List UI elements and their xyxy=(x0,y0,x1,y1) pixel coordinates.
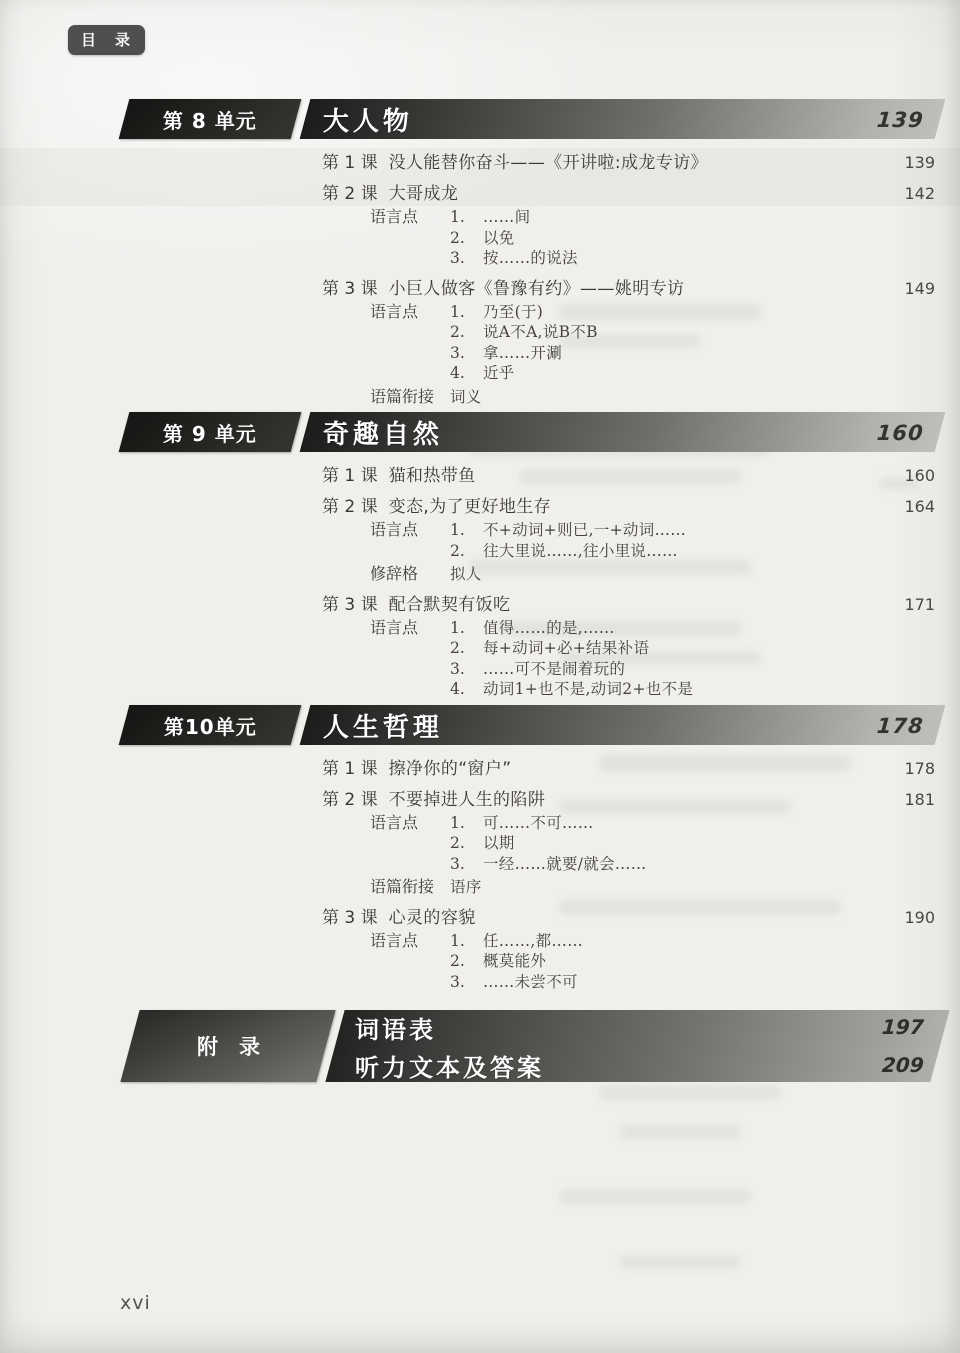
lesson-title: 不要掉进人生的陷阱 xyxy=(389,790,895,811)
unit-9-band: 奇趣自然 160 xyxy=(300,412,946,452)
grammar-points-block: 语言点 1. 不+动词+则已,一+动词…… 2. 往大里说……,往小里说…… 修… xyxy=(322,520,935,585)
unit-9-band-content: 奇趣自然 160 xyxy=(305,414,940,451)
grammar-item-row: 2. 往大里说……,往小里说…… xyxy=(322,541,935,562)
grammar-item-number: 1. xyxy=(450,813,483,834)
lesson-title: 变态,为了更好地生存 xyxy=(389,497,895,518)
grammar-section-label: 语言点 xyxy=(370,302,450,323)
grammar-item-text: 不+动词+则已,一+动词…… xyxy=(483,520,686,541)
unit-9-title: 奇趣自然 xyxy=(323,414,877,451)
unit-9-page-number: 160 xyxy=(876,420,925,444)
unit-10-tag: 第10单元 xyxy=(119,705,302,745)
lesson-page-number: 142 xyxy=(904,183,935,204)
grammar-item-row: 2. 以免 xyxy=(322,228,935,249)
cohesion-value: 语序 xyxy=(450,877,482,898)
grammar-item-text: ……未尝不可 xyxy=(483,972,578,993)
lesson-page-number: 178 xyxy=(904,758,935,779)
grammar-item-row: 语言点 1. ……间 xyxy=(322,207,935,228)
lesson-row: 第 3 课 配合默契有饭吃 171 xyxy=(322,594,935,616)
unit-10-section: 第10单元 人生哲理 178 第 1 课 擦净你的“窗户” 178 第 2 课 … xyxy=(0,705,960,993)
grammar-item-number: 3. xyxy=(450,248,483,269)
grammar-item-row: 3. 拿……开涮 xyxy=(322,343,935,364)
grammar-item-row: 3. 按……的说法 xyxy=(322,248,935,269)
rhetoric-row: 修辞格 拟人 xyxy=(322,564,935,585)
unit-9-section: 第 9 单元 奇趣自然 160 第 1 课 猫和热带鱼 160 第 2 课 变态… xyxy=(0,412,960,700)
lesson-number-label: 第 2 课 xyxy=(322,184,378,205)
grammar-item-number: 4. xyxy=(450,363,483,384)
grammar-item-text: 以免 xyxy=(483,228,515,249)
unit-8-body: 第 1 课 没人能替你奋斗——《开讲啦:成龙专访》 139 第 2 课 大哥成龙… xyxy=(322,152,935,407)
lesson-title: 配合默契有饭吃 xyxy=(389,595,895,616)
appendix-band: 词语表 197 听力文本及答案 209 xyxy=(325,1010,949,1082)
lesson-row: 第 1 课 没人能替你奋斗——《开讲啦:成龙专访》 139 xyxy=(322,152,935,174)
lesson-row: 第 2 课 大哥成龙 142 xyxy=(322,183,935,205)
toc-title-badge: 目 录 xyxy=(68,25,145,55)
unit-10-band-content: 人生哲理 178 xyxy=(305,706,940,743)
grammar-item-text: 说A不A,说B不B xyxy=(483,322,598,343)
grammar-item-row: 4. 近乎 xyxy=(322,363,935,384)
lesson-page-number: 149 xyxy=(904,278,935,299)
grammar-item-number: 4. xyxy=(450,679,483,700)
grammar-item-row: 2. 以期 xyxy=(322,833,935,854)
grammar-item-row: 语言点 1. 不+动词+则已,一+动词…… xyxy=(322,520,935,541)
lesson-title: 擦净你的“窗户” xyxy=(389,759,895,780)
unit-8-band-content: 大人物 139 xyxy=(305,101,940,138)
cohesion-row: 语篇衔接 词义 xyxy=(322,387,935,408)
appendix-entry-row: 听力文本及答案 209 xyxy=(355,1048,924,1083)
toc-page: 目 录 第 8 单元 大人物 139 第 1 课 没人能替你奋斗——《开讲啦:成… xyxy=(0,0,960,1353)
unit-8-label: 第 8 单元 xyxy=(163,105,257,134)
lesson-page-number: 160 xyxy=(904,465,935,486)
grammar-points-block: 语言点 1. ……间 2. 以免 3. 按……的说法 xyxy=(322,207,935,269)
grammar-item-text: 值得……的是,…… xyxy=(483,618,615,639)
grammar-item-row: 语言点 1. 可……不可…… xyxy=(322,813,935,834)
page-folio: xvi xyxy=(120,1292,151,1314)
lesson-number-label: 第 1 课 xyxy=(322,153,378,174)
unit-10-band: 人生哲理 178 xyxy=(300,705,946,745)
unit-10-banner: 第10单元 人生哲理 178 xyxy=(124,705,940,745)
lesson-row: 第 1 课 擦净你的“窗户” 178 xyxy=(322,758,935,780)
lesson-title: 小巨人做客《鲁豫有约》——姚明专访 xyxy=(389,279,895,300)
grammar-item-text: ……可不是闹着玩的 xyxy=(483,659,625,680)
grammar-item-row: 3. ……可不是闹着玩的 xyxy=(322,659,935,680)
appendix-label: 附 录 xyxy=(197,1031,260,1061)
lesson-page-number: 190 xyxy=(904,907,935,928)
lesson-number-label: 第 3 课 xyxy=(322,908,378,929)
grammar-item-text: 任……,都…… xyxy=(483,931,583,952)
unit-8-tag: 第 8 单元 xyxy=(119,99,302,139)
appendix-tag: 附 录 xyxy=(120,1010,335,1082)
grammar-item-text: 动词1+也不是,动词2+也不是 xyxy=(483,679,693,700)
unit-10-body: 第 1 课 擦净你的“窗户” 178 第 2 课 不要掉进人生的陷阱 181 语… xyxy=(322,758,935,993)
unit-9-tag: 第 9 单元 xyxy=(119,412,302,452)
grammar-item-text: 拿……开涮 xyxy=(483,343,562,364)
grammar-item-text: 按……的说法 xyxy=(483,248,578,269)
lesson-number-label: 第 1 课 xyxy=(322,759,378,780)
lesson-page-number: 171 xyxy=(904,594,935,615)
bleedthrough-ghost xyxy=(620,1256,740,1268)
grammar-item-text: 乃至(于) xyxy=(483,302,543,323)
appendix-banner: 附 录 词语表 197 听力文本及答案 209 xyxy=(130,1010,940,1082)
appendix-band-content: 词语表 197 听力文本及答案 209 xyxy=(335,1010,940,1082)
grammar-item-row: 2. 概莫能外 xyxy=(322,951,935,972)
unit-9-banner: 第 9 单元 奇趣自然 160 xyxy=(124,412,940,452)
grammar-item-number: 2. xyxy=(450,541,483,562)
unit-8-page-number: 139 xyxy=(876,107,925,131)
grammar-item-text: 概莫能外 xyxy=(483,951,546,972)
unit-9-label: 第 9 单元 xyxy=(163,418,257,447)
appendix-section: 附 录 词语表 197 听力文本及答案 209 xyxy=(0,1010,960,1082)
grammar-points-block: 语言点 1. 乃至(于) 2. 说A不A,说B不B 3. 拿……开涮 4. xyxy=(322,302,935,408)
lesson-row: 第 1 课 猫和热带鱼 160 xyxy=(322,465,935,487)
lesson-title: 心灵的容貌 xyxy=(389,908,895,929)
grammar-points-block: 语言点 1. 值得……的是,…… 2. 每+动词+必+结果补语 3. ……可不是… xyxy=(322,618,935,700)
grammar-item-text: ……间 xyxy=(483,207,530,228)
grammar-item-number: 1. xyxy=(450,520,483,541)
grammar-section-label: 语言点 xyxy=(370,207,450,228)
grammar-item-number: 2. xyxy=(450,833,483,854)
lesson-title: 大哥成龙 xyxy=(389,184,895,205)
appendix-entry-title: 听力文本及答案 xyxy=(355,1048,882,1083)
grammar-item-text: 以期 xyxy=(483,833,515,854)
cohesion-section-label: 语篇衔接 xyxy=(370,387,450,408)
grammar-item-number: 3. xyxy=(450,659,483,680)
lesson-page-number: 164 xyxy=(904,496,935,517)
grammar-section-label: 语言点 xyxy=(370,618,450,639)
lesson-number-label: 第 2 课 xyxy=(322,497,378,518)
lesson-title: 猫和热带鱼 xyxy=(389,466,895,487)
rhetoric-section-label: 修辞格 xyxy=(370,564,450,585)
grammar-item-number: 2. xyxy=(450,638,483,659)
grammar-item-text: 每+动词+必+结果补语 xyxy=(483,638,649,659)
grammar-item-text: 近乎 xyxy=(483,363,515,384)
grammar-points-block: 语言点 1. 任……,都…… 2. 概莫能外 3. ……未尝不可 xyxy=(322,931,935,993)
appendix-entry-title: 词语表 xyxy=(355,1010,882,1045)
grammar-item-text: 可……不可…… xyxy=(483,813,594,834)
rhetoric-value: 拟人 xyxy=(450,564,482,585)
lesson-number-label: 第 1 课 xyxy=(322,466,378,487)
grammar-item-row: 2. 每+动词+必+结果补语 xyxy=(322,638,935,659)
lesson-row: 第 2 课 不要掉进人生的陷阱 181 xyxy=(322,789,935,811)
lesson-page-number: 181 xyxy=(904,789,935,810)
grammar-item-number: 1. xyxy=(450,207,483,228)
lesson-row: 第 2 课 变态,为了更好地生存 164 xyxy=(322,496,935,518)
lesson-number-label: 第 2 课 xyxy=(322,790,378,811)
grammar-item-number: 1. xyxy=(450,931,483,952)
grammar-item-row: 3. ……未尝不可 xyxy=(322,972,935,993)
grammar-item-number: 1. xyxy=(450,618,483,639)
unit-9-body: 第 1 课 猫和热带鱼 160 第 2 课 变态,为了更好地生存 164 语言点… xyxy=(322,465,935,700)
grammar-item-row: 3. 一经……就要/就会…… xyxy=(322,854,935,875)
lesson-row: 第 3 课 小巨人做客《鲁豫有约》——姚明专访 149 xyxy=(322,278,935,300)
grammar-item-number: 3. xyxy=(450,343,483,364)
lesson-page-number: 139 xyxy=(904,152,935,173)
bleedthrough-ghost xyxy=(600,1086,780,1099)
grammar-section-label: 语言点 xyxy=(370,813,450,834)
grammar-section-label: 语言点 xyxy=(370,520,450,541)
appendix-entry-page: 197 xyxy=(881,1015,924,1039)
unit-8-title: 大人物 xyxy=(323,101,877,138)
grammar-item-number: 2. xyxy=(450,951,483,972)
grammar-item-number: 2. xyxy=(450,228,483,249)
appendix-entry-page: 209 xyxy=(881,1053,924,1077)
grammar-item-number: 3. xyxy=(450,972,483,993)
unit-8-band: 大人物 139 xyxy=(300,99,946,139)
grammar-item-number: 3. xyxy=(450,854,483,875)
grammar-item-row: 4. 动词1+也不是,动词2+也不是 xyxy=(322,679,935,700)
bleedthrough-ghost xyxy=(560,1190,750,1203)
bleedthrough-ghost xyxy=(620,1126,740,1138)
unit-10-title: 人生哲理 xyxy=(323,706,877,743)
grammar-item-row: 语言点 1. 乃至(于) xyxy=(322,302,935,323)
lesson-number-label: 第 3 课 xyxy=(322,279,378,300)
unit-8-section: 第 8 单元 大人物 139 第 1 课 没人能替你奋斗——《开讲啦:成龙专访》… xyxy=(0,99,960,407)
grammar-section-label: 语言点 xyxy=(370,931,450,952)
grammar-item-number: 1. xyxy=(450,302,483,323)
unit-10-label: 第10单元 xyxy=(164,710,257,739)
grammar-points-block: 语言点 1. 可……不可…… 2. 以期 3. 一经……就要/就会…… 语篇衔接… xyxy=(322,813,935,898)
grammar-item-number: 2. xyxy=(450,322,483,343)
cohesion-section-label: 语篇衔接 xyxy=(370,877,450,898)
cohesion-row: 语篇衔接 语序 xyxy=(322,877,935,898)
grammar-item-row: 语言点 1. 值得……的是,…… xyxy=(322,618,935,639)
grammar-item-text: 往大里说……,往小里说…… xyxy=(483,541,678,562)
appendix-entry-row: 词语表 197 xyxy=(355,1010,924,1045)
unit-10-page-number: 178 xyxy=(876,713,925,737)
lesson-title: 没人能替你奋斗——《开讲啦:成龙专访》 xyxy=(389,153,895,174)
lesson-number-label: 第 3 课 xyxy=(322,595,378,616)
grammar-item-row: 语言点 1. 任……,都…… xyxy=(322,931,935,952)
lesson-row: 第 3 课 心灵的容貌 190 xyxy=(322,907,935,929)
cohesion-value: 词义 xyxy=(450,387,482,408)
grammar-item-text: 一经……就要/就会…… xyxy=(483,854,647,875)
unit-8-banner: 第 8 单元 大人物 139 xyxy=(124,99,940,139)
grammar-item-row: 2. 说A不A,说B不B xyxy=(322,322,935,343)
